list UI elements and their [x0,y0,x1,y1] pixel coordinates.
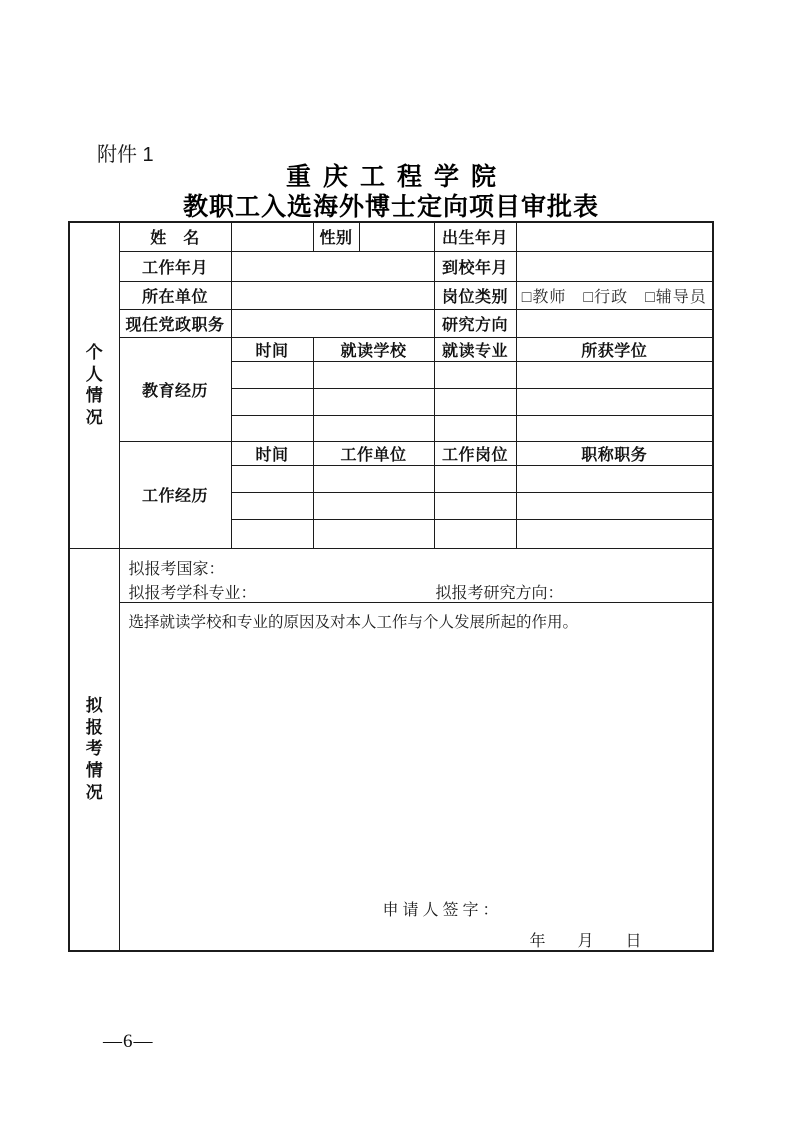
row-party-post: 现任党政职务 研究方向 [69,309,713,337]
edu-blank-cell [313,388,434,415]
party-post-value-cell [231,309,434,337]
page-number: —6— [103,1031,154,1053]
reason-prompt: 选择就读学校和专业的原因及对本人工作与个人发展所起的作用。 [129,610,579,632]
work-blank-cell [434,519,516,548]
application-reason-cell: 选择就读学校和专业的原因及对本人工作与个人发展所起的作用。 申请人签字： 年 月… [119,602,713,951]
personal-side-label: 个人情况 [85,342,104,429]
post-category-options: □教师 □行政 □辅导员 [516,281,713,309]
post-category-label: 岗位类别 [434,281,516,309]
application-body-row: 选择就读学校和专业的原因及对本人工作与个人发展所起的作用。 申请人签字： 年 月… [69,602,713,951]
edu-blank-cell [231,388,313,415]
work-label: 工作经历 [119,441,231,548]
birth-label: 出生年月 [434,222,516,251]
edu-blank-cell [516,361,713,388]
unit-value-cell [231,281,434,309]
edu-header-major: 就读专业 [434,337,516,361]
work-start-value-cell [231,251,434,281]
work-blank-cell [231,492,313,519]
work-start-label: 工作年月 [119,251,231,281]
edu-blank-cell [434,415,516,441]
edu-blank-cell [313,361,434,388]
work-header-unit: 工作单位 [313,441,434,465]
document-title: 重庆工程学院 教职工入选海外博士定向项目审批表 [68,163,714,222]
gender-value-cell [359,222,434,251]
title-form-name: 教职工入选海外博士定向项目审批表 [68,193,714,222]
application-head-row: 拟报考情况 拟报考国家： 拟报考学科专业： 拟报考研究方向： [69,548,713,602]
work-header-post: 工作岗位 [434,441,516,465]
birth-value-cell [516,222,713,251]
edu-blank-cell [516,415,713,441]
work-blank-cell [313,465,434,492]
row-unit: 所在单位 岗位类别 □教师 □行政 □辅导员 [69,281,713,309]
work-blank-cell [516,492,713,519]
research-direction-label: 拟报考研究方向： [436,580,564,603]
work-blank-cell [231,519,313,548]
work-header-row: 工作经历 时间 工作单位 工作岗位 职称职务 [69,441,713,465]
title-school-name: 重庆工程学院 [68,163,714,193]
education-header-row: 教育经历 时间 就读学校 就读专业 所获学位 [69,337,713,361]
section-personal-side: 个人情况 [69,222,119,548]
education-label: 教育经历 [119,337,231,441]
edu-header-degree: 所获学位 [516,337,713,361]
arrival-label: 到校年月 [434,251,516,281]
work-blank-cell [434,465,516,492]
edu-blank-cell [516,388,713,415]
work-blank-cell [313,492,434,519]
edu-blank-cell [231,415,313,441]
edu-blank-cell [231,361,313,388]
application-side-label: 拟报考情况 [85,695,104,804]
arrival-value-cell [516,251,713,281]
gender-label: 性别 [313,222,359,251]
major-label: 拟报考学科专业： [129,580,257,603]
work-blank-cell [434,492,516,519]
edu-blank-cell [313,415,434,441]
edu-header-time: 时间 [231,337,313,361]
work-header-title: 职称职务 [516,441,713,465]
row-work-start: 工作年月 到校年月 [69,251,713,281]
document-page: 附件 1 重庆工程学院 教职工入选海外博士定向项目审批表 个人情况 姓 名 性别… [0,0,794,1122]
application-fields-cell: 拟报考国家： 拟报考学科专业： 拟报考研究方向： [119,548,713,602]
edu-blank-cell [434,388,516,415]
applicant-signature-label: 申请人签字： [383,897,503,920]
research-dir-label: 研究方向 [434,309,516,337]
country-label: 拟报考国家： [129,556,225,579]
work-blank-cell [313,519,434,548]
work-blank-cell [231,465,313,492]
name-label: 姓 名 [119,222,231,251]
edu-blank-cell [434,361,516,388]
date-placeholder: 年 月 日 [530,928,642,951]
work-header-time: 时间 [231,441,313,465]
work-blank-cell [516,465,713,492]
section-application-side: 拟报考情况 [69,548,119,951]
row-name: 个人情况 姓 名 性别 出生年月 [69,222,713,251]
approval-form-table: 个人情况 姓 名 性别 出生年月 工作年月 到校年月 所在单位 岗位类别 □教师… [68,221,714,952]
work-blank-cell [516,519,713,548]
party-post-label: 现任党政职务 [119,309,231,337]
name-value-cell [231,222,313,251]
unit-label: 所在单位 [119,281,231,309]
edu-header-school: 就读学校 [313,337,434,361]
research-dir-value-cell [516,309,713,337]
